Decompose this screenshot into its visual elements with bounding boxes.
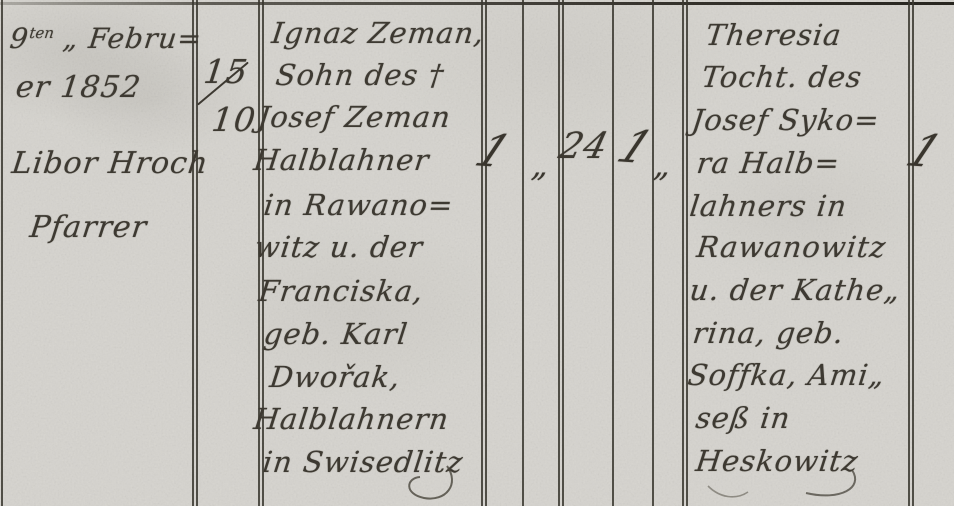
entry-ditto-mark: „ — [61, 22, 81, 55]
column-rule-status-1 — [612, 0, 614, 506]
column-rule-groom-b — [485, 0, 487, 506]
column-rule-right-b — [912, 0, 914, 506]
column-rule-groom-a — [481, 0, 483, 506]
bride-line: Rawanowitz — [695, 230, 888, 264]
house-number-upper: 15 — [202, 52, 251, 91]
bride-line: Theresia — [704, 18, 844, 52]
column-rule-age-a — [558, 0, 560, 506]
groom-religion-tally: 1 — [467, 125, 519, 178]
bride-line: Tocht. des — [700, 60, 864, 94]
groom-line: in Swisedlitz — [261, 445, 465, 479]
bride-line: seß in — [694, 401, 793, 435]
entry-month-part1: Febru= — [87, 22, 204, 55]
groom-age: 24 — [555, 126, 613, 167]
entry-date-line1: 9ten „ Febru= — [8, 22, 204, 55]
entry-day-suffix: ten — [28, 24, 55, 42]
column-rule-status-2 — [652, 0, 654, 506]
column-rule-date-b — [196, 0, 198, 506]
officiant-name: Libor Hroch — [10, 146, 211, 181]
column-rule-right-a — [908, 0, 910, 506]
groom-status-ditto: „ — [652, 146, 674, 184]
groom-line: Franciska, — [257, 274, 426, 308]
column-rule-religion — [522, 0, 524, 506]
top-rule — [0, 2, 954, 5]
bride-tally: 1 — [898, 125, 950, 178]
groom-line: Dwořak, — [268, 360, 403, 394]
groom-line: Sohn des † — [274, 58, 446, 92]
groom-line: in Rawano= — [262, 188, 456, 222]
groom-religion-ditto: „ — [530, 146, 552, 184]
column-rule-date-a — [192, 0, 194, 506]
groom-line: geb. Karl — [262, 317, 410, 351]
column-rule-bride-b — [686, 0, 688, 506]
column-rule-left-edge — [1, 0, 3, 506]
parish-register-scan: 9ten „ Febru= er 1852 Libor Hroch Pfarre… — [0, 0, 954, 506]
bride-line: u. der Kathe„ — [688, 273, 903, 307]
groom-line: witz u. der — [253, 230, 425, 264]
groom-line: Josef Zeman — [256, 100, 453, 134]
bride-line: ra Halb= — [695, 146, 842, 180]
officiant-title: Pfarrer — [28, 210, 149, 245]
groom-line: Ignaz Zeman, — [270, 16, 487, 50]
groom-line: Halblahnern — [252, 402, 451, 436]
entry-date-line2: er 1852 — [14, 70, 143, 105]
entry-day: 9 — [8, 22, 31, 55]
bride-line: Heskowitz — [694, 444, 861, 478]
groom-line: Halblahner — [252, 143, 432, 177]
column-rule-age-b — [562, 0, 564, 506]
bride-line: Soffka, Ami„ — [686, 358, 887, 392]
bride-line: lahners in — [688, 189, 849, 223]
column-rule-bride-a — [682, 0, 684, 506]
bride-line: rina, geb. — [691, 316, 846, 350]
bride-line: Josef Syko= — [690, 103, 882, 137]
